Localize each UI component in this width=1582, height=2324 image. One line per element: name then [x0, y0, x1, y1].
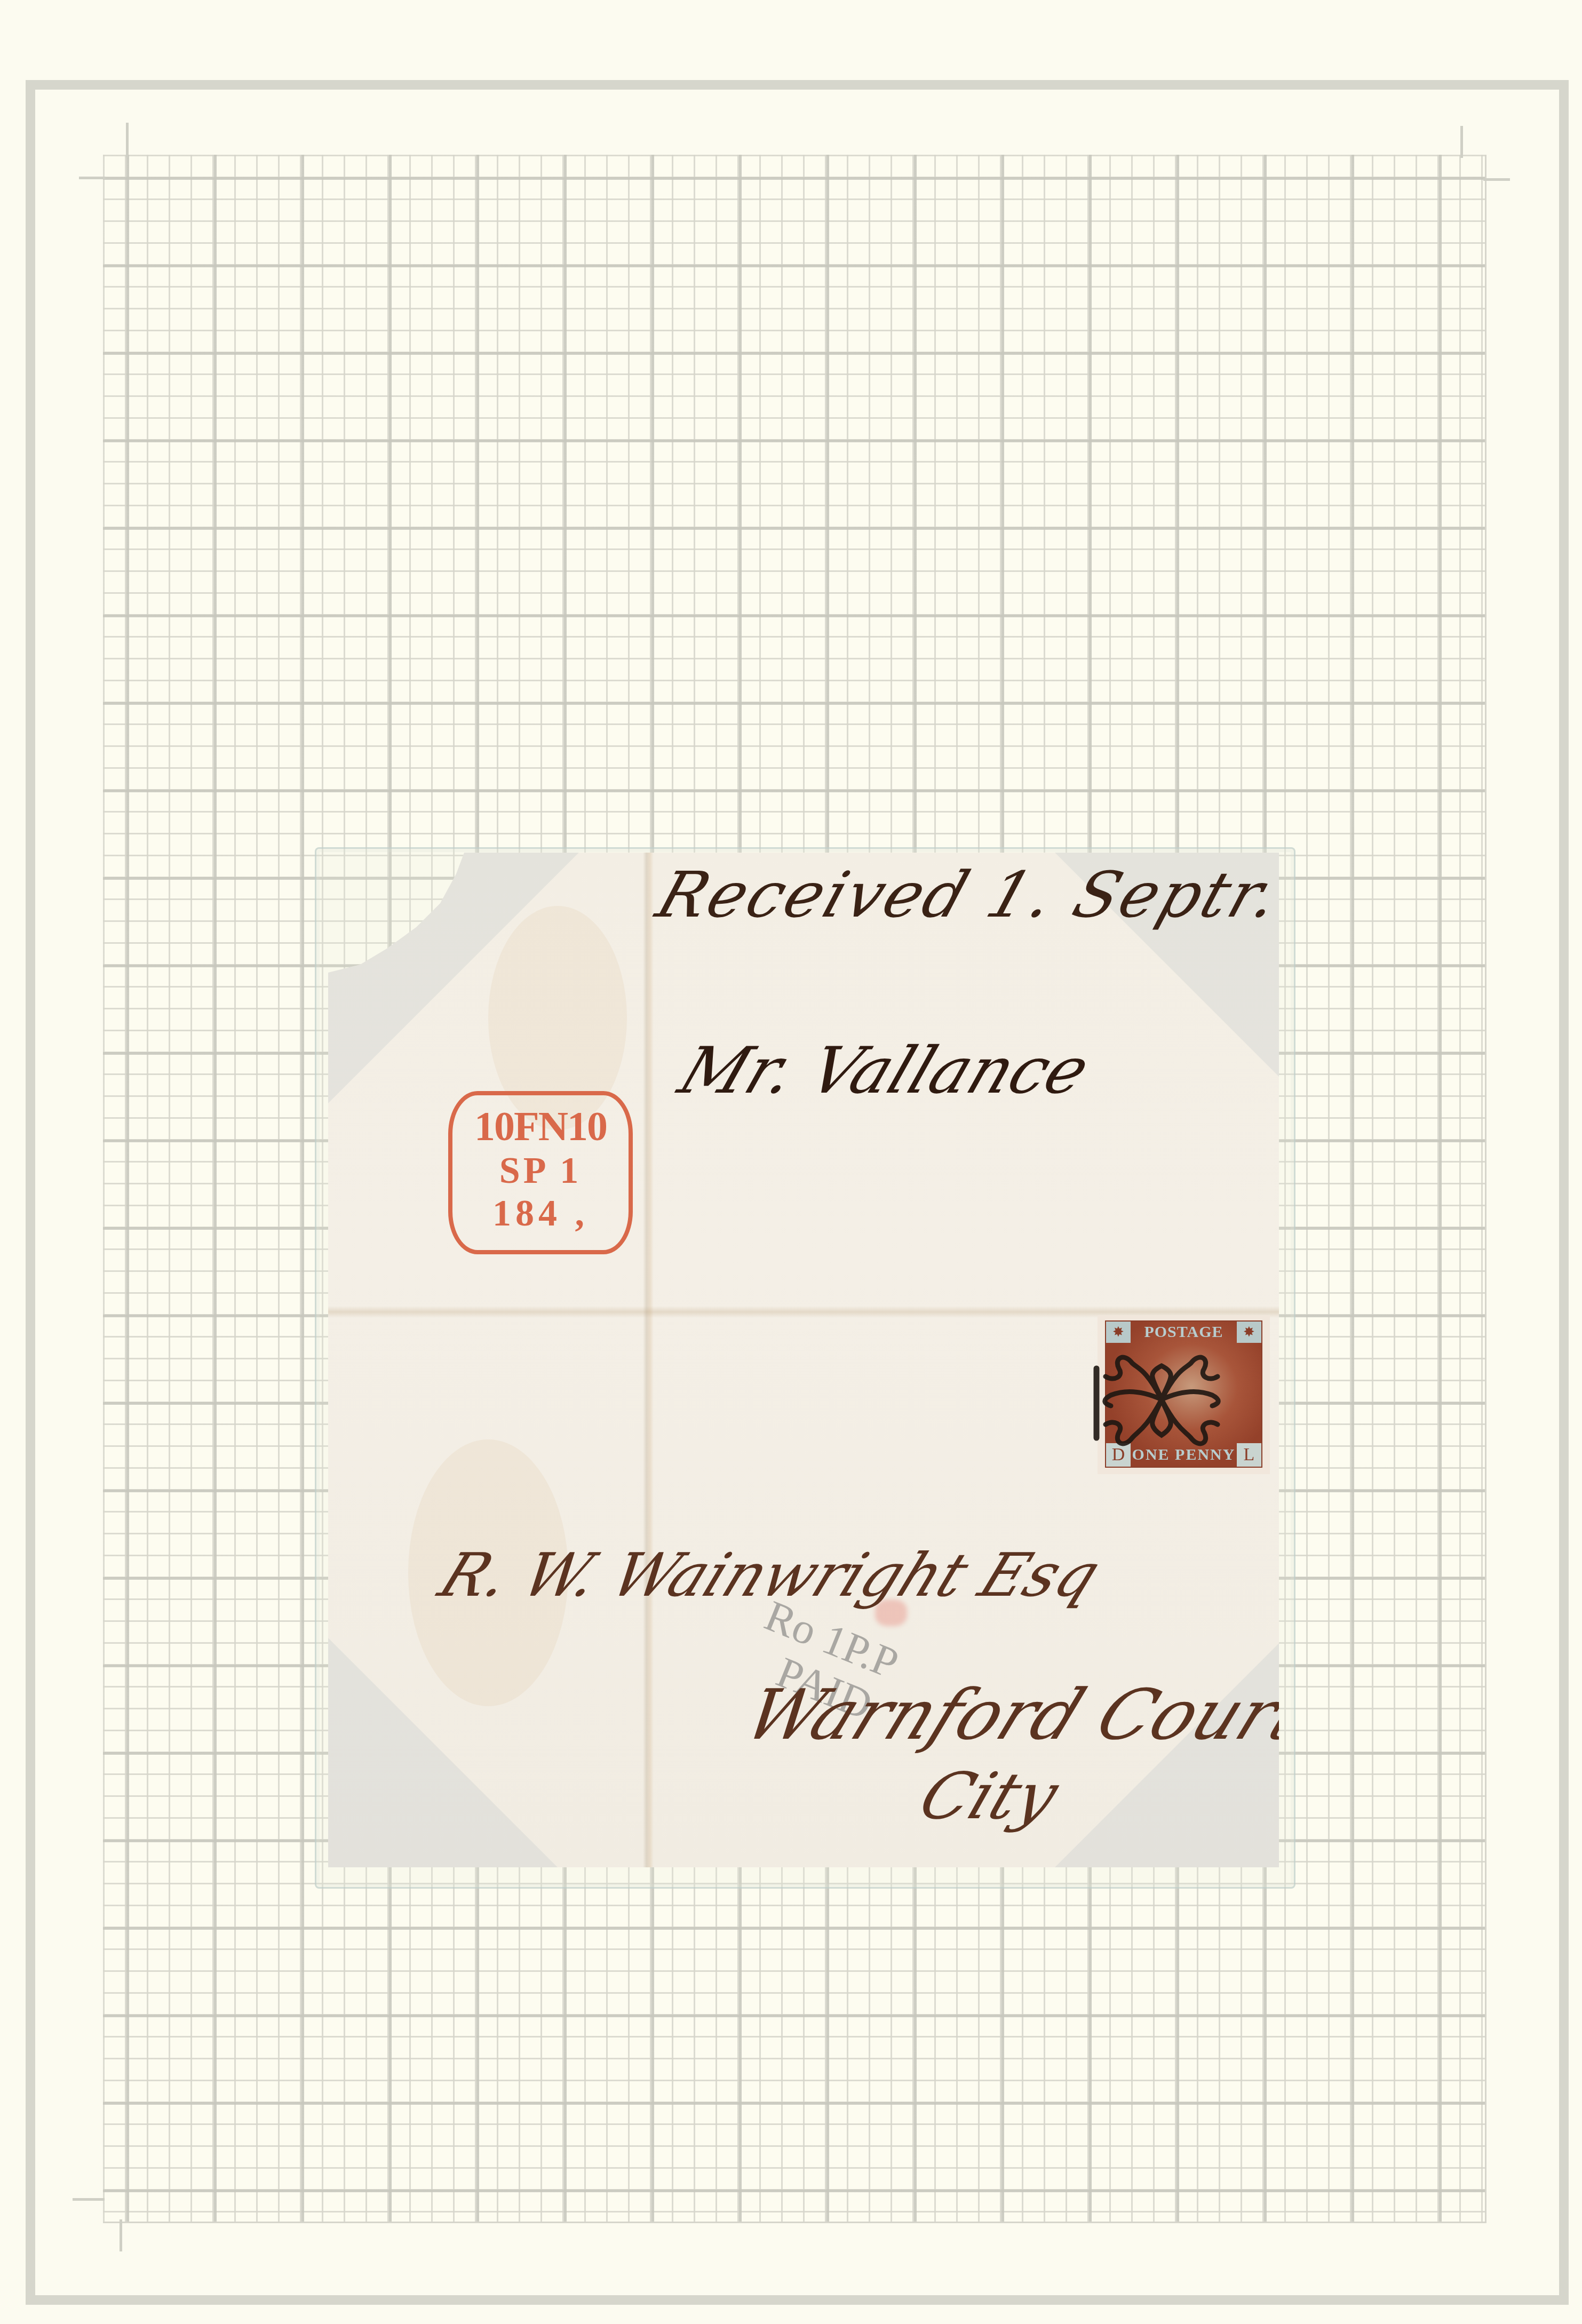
grid-tick [120, 2219, 122, 2251]
datestamp-line-3: 184 , [452, 1192, 629, 1235]
grid-tick [126, 123, 129, 157]
address-line-1: R. W. Wainwright Esq [430, 1541, 1110, 1610]
grid-tick [73, 2198, 105, 2201]
datestamp-line-1: 10FN10 [452, 1103, 629, 1150]
grid-tick [1460, 126, 1463, 158]
vertical-fold [643, 853, 654, 1867]
address-line-3: City [910, 1760, 1068, 1834]
docket-note: Received 1. Septr. 1841 [648, 858, 1279, 932]
postal-cover: Received 1. Septr. 1841 Mr. Vallance 10F… [328, 853, 1279, 1867]
address-line-2: Warnford Court [734, 1674, 1279, 1755]
grid-tick [1483, 178, 1510, 181]
london-datestamp: 10FN10 SP 1 184 , [448, 1091, 633, 1254]
maltese-cross-cancel-icon [1082, 1336, 1242, 1465]
penny-red-stamp: ✸ POSTAGE ✸ D ONE PENNY L [1098, 1315, 1270, 1474]
addressee-name: Mr. Vallance [670, 1034, 1099, 1108]
datestamp-line-2: SP 1 [452, 1150, 629, 1192]
grid-tick [79, 177, 106, 179]
